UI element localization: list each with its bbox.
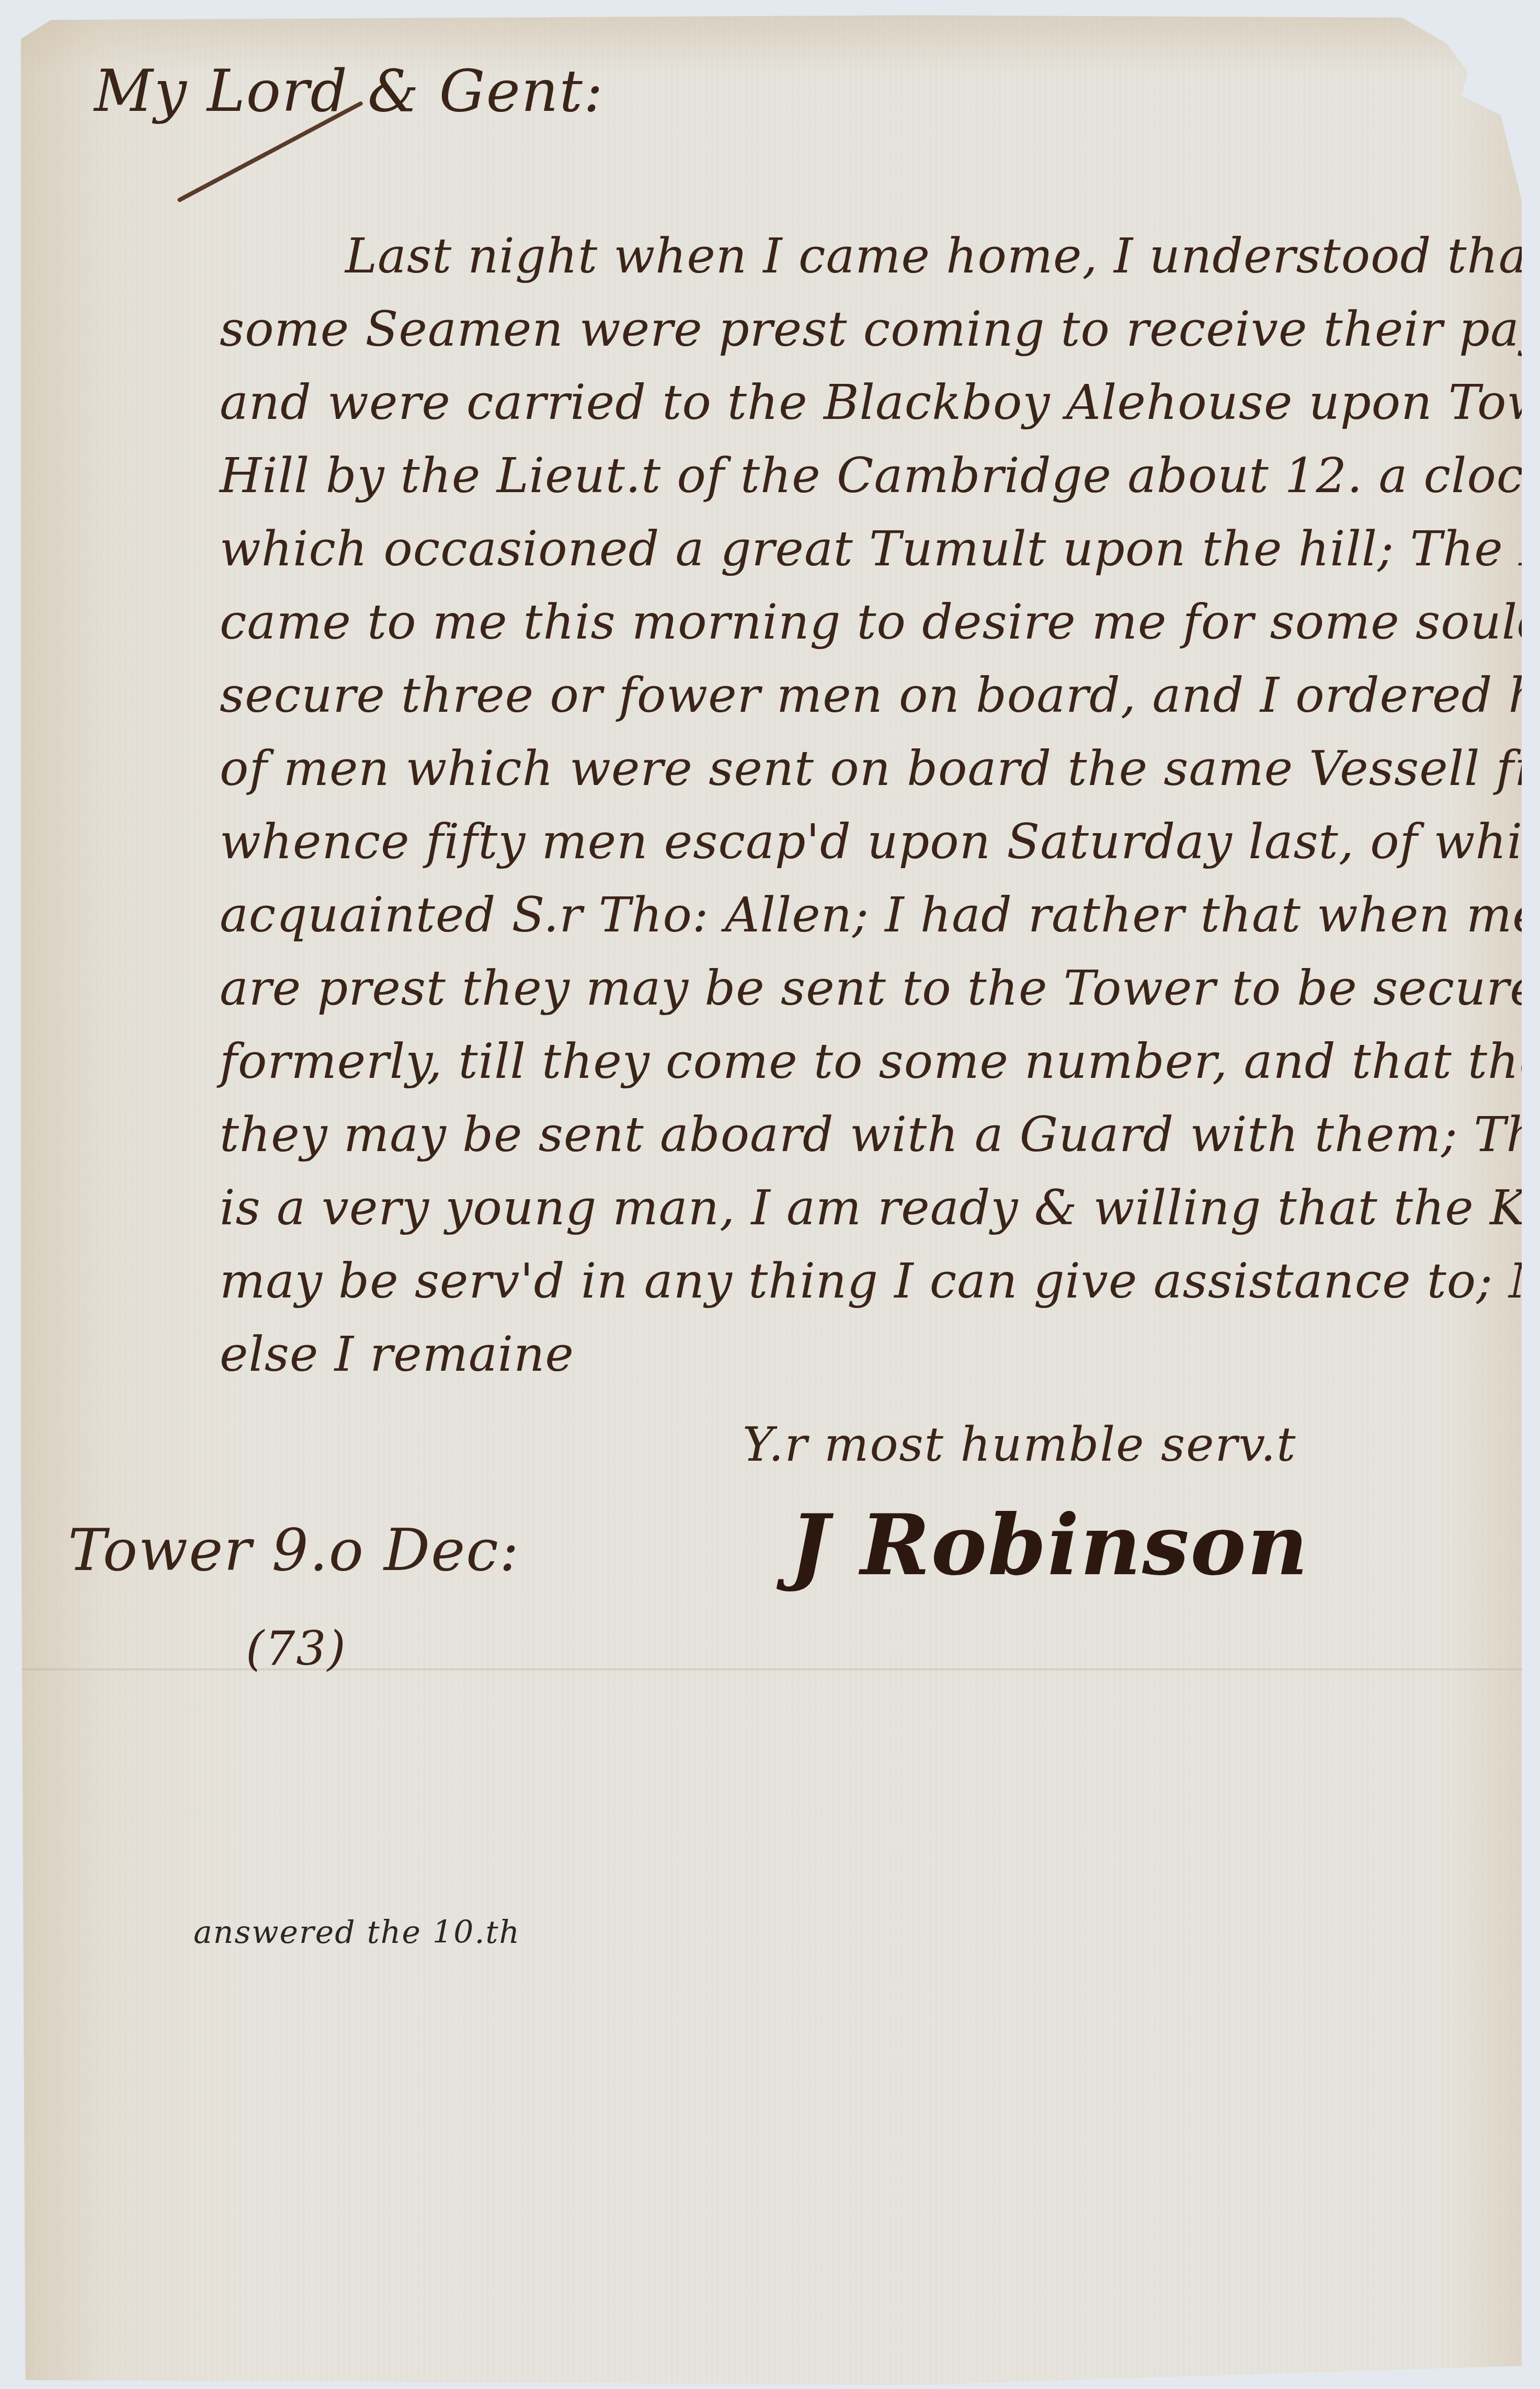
date-place: Tower 9.o Dec: <box>68 1517 520 1584</box>
endorsement-note: answered the 10.th <box>193 1914 520 1951</box>
letter-body: Last night when I came home, I understoo… <box>220 220 1527 1391</box>
folio-number: (73) <box>246 1621 347 1676</box>
body-line: formerly, till they come to some number,… <box>220 1025 1527 1098</box>
body-line: which occasioned a great Tumult upon the… <box>220 513 1527 586</box>
body-line: some Seamen were prest coming to receive… <box>220 293 1527 366</box>
body-line: acquainted S.r Tho: Allen; I had rather … <box>220 879 1527 952</box>
body-line: they may be sent aboard with a Guard wit… <box>220 1098 1527 1171</box>
manuscript-sheet: My Lord & Gent: Last night when I came h… <box>21 10 1522 2385</box>
body-line: Last night when I came home, I understoo… <box>220 220 1527 293</box>
body-line: are prest they may be sent to the Tower … <box>220 952 1527 1025</box>
body-line: may be serv'd in any thing I can give as… <box>220 1245 1527 1318</box>
salutation: My Lord & Gent: <box>94 58 604 124</box>
body-line: is a very young man, I am ready & willin… <box>220 1171 1527 1245</box>
closing-phrase: Y.r most humble serv.t <box>743 1417 1297 1472</box>
body-line: Hill by the Lieut.t of the Cambridge abo… <box>220 439 1527 513</box>
body-line: of men which were sent on board the same… <box>220 732 1527 805</box>
body-line: secure three or fower men on board, and … <box>220 659 1527 732</box>
body-line: whence fifty men escap'd upon Saturday l… <box>220 805 1527 879</box>
body-line: and were carried to the Blackboy Alehous… <box>220 366 1527 439</box>
signature: J Robinson <box>790 1496 1309 1594</box>
body-line: came to me this morning to desire me for… <box>220 586 1527 659</box>
body-line: else I remaine <box>220 1318 1527 1391</box>
